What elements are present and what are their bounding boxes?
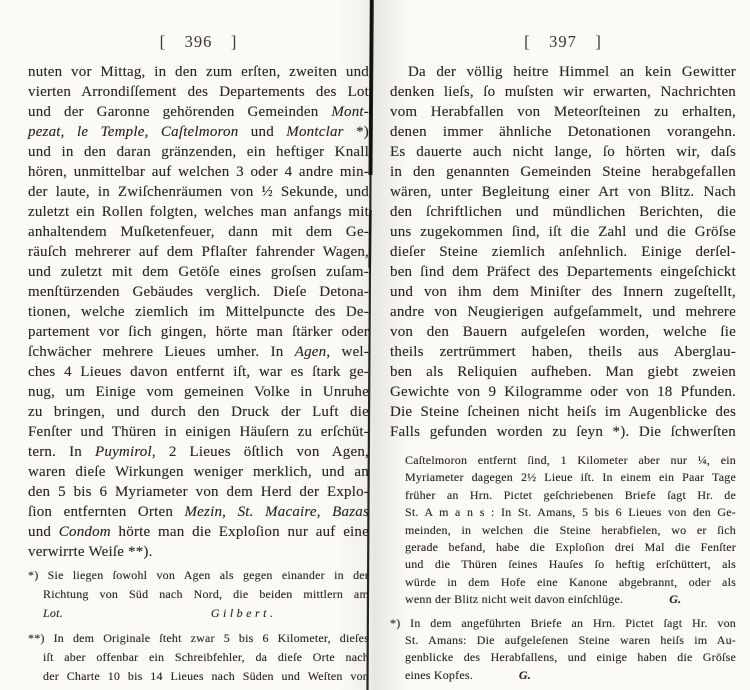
text-line: *) In dem angeführten Briefe an Hrn. Pic… xyxy=(390,615,736,632)
text-line: partement vor ſich gingen, hörte man ſtä… xyxy=(28,322,369,342)
text-line: eines Kopfes.G. xyxy=(390,667,736,684)
text-line: zu bringen, und durch den Druck der Luft… xyxy=(28,402,369,422)
text-line: *) Sie liegen ſowohl von Agen als gegen … xyxy=(28,566,369,585)
text-line: den 5 bis 6 Myriameter von dem Herd der … xyxy=(28,482,369,502)
text-line: Richtung von Süd nach Nord, die beiden m… xyxy=(28,585,369,604)
text-line: der laute, in Zwiſchenräumen von ½ Sekun… xyxy=(28,182,369,202)
text-line: Lot.Gilbert. xyxy=(28,604,369,623)
text-line: anhaltendem Muſketenfeuer, dann mit dem … xyxy=(28,222,369,242)
text-line: und zuletzt mit dem Getöſe eines groſsen… xyxy=(28,262,369,282)
text-line: zuletzt ein Rollen folgten, welches man … xyxy=(28,202,369,222)
text-line: vierten Arrondiſſement des Departements … xyxy=(28,82,369,102)
text-line: verwirrte Weiſe **). xyxy=(28,542,369,562)
text-line: gerade befand, habe die Exploſion drei M… xyxy=(390,539,736,556)
text-line: den ſchriftlichen und mündlichen Bericht… xyxy=(390,202,736,222)
page-number-header: [ 397 ] xyxy=(390,32,736,52)
text-line: Falls gefunden worden zu ſeyn *). Die ſc… xyxy=(390,422,736,442)
text-line: Myriameter dagegen 2½ Lieue iſt. In eine… xyxy=(390,469,736,486)
text-line: Fenſter und Thüren in einigen Häuſern zu… xyxy=(28,422,369,442)
text-line: St. A m a n s : In St. Amans, 5 bis 6 Li… xyxy=(390,504,736,521)
footnote-section: Caſtelmoron entfernt ſind, 1 Kilometer a… xyxy=(390,452,736,684)
text-line: ben als Reliquien aufheben. Man giebt zw… xyxy=(390,362,736,382)
text-line: dieſer Steine ziemlich anſehnlich. Einig… xyxy=(390,242,736,262)
text-line: tionen, welche ziemlich im Mittelpuncte … xyxy=(28,302,369,322)
text-line: **) In dem Originale ſteht zwar 5 bis 6 … xyxy=(28,629,369,648)
text-line: waren dieſe Wirkungen weniger merklich, … xyxy=(28,462,369,482)
text-line: Die Steine ſcheinen nicht heiſs im Augen… xyxy=(390,402,736,422)
text-line: der Charte 10 bis 14 Lieues nach Süden u… xyxy=(28,667,369,686)
text-line: von den Bauern aufgeleſen worden, welche… xyxy=(390,322,736,342)
text-line: nuten vor Mittag, in den zum erſten, zwe… xyxy=(28,62,369,82)
text-line: nug, um Einige vom gemeinen Volke in Unr… xyxy=(28,382,369,402)
text-line: ſchwächer mehrere Lieues umher. In Agen,… xyxy=(28,342,369,362)
text-line: und die Thüren ſeines Hauſes ſo heftig e… xyxy=(390,556,736,573)
text-line: iſt aber offenbar ein Schreibfehler, da … xyxy=(28,648,369,667)
text-line: denen immer ähnliche Detonationen vorang… xyxy=(390,122,736,142)
text-line: genblicke des Herabfallens, und einige h… xyxy=(390,649,736,666)
text-line: und in den daran gränzenden, ein heftige… xyxy=(28,142,369,162)
text-line: wenn der Blitz nicht weit davon einſchlü… xyxy=(390,591,736,608)
text-line: und der Garonne gehörenden Gemeinden Mon… xyxy=(28,102,369,122)
text-line: vom Herabfallen von Meteorſteinen zu erh… xyxy=(390,102,736,122)
text-line: uns zugekommen ſind, iſt die Zahl und di… xyxy=(390,222,736,242)
text-line: hören, unmittelbar auf welchen 3 oder 4 … xyxy=(28,162,369,182)
text-line: theils zertrümmert haben, theils aus Abe… xyxy=(390,342,736,362)
text-line: und von ihm dem Miniſter des Innern zuge… xyxy=(390,282,736,302)
text-line: menſtürzenden Gebäudes verglich. Dieſe D… xyxy=(28,282,369,302)
text-line: meinden, in welchen die Steine herabfiel… xyxy=(390,522,736,539)
text-line: würde in dem Hofe eine Kanone abgebrannt… xyxy=(390,574,736,591)
scanned-book-spread: { "colors": { "paper": "#fbfaf6", "ink":… xyxy=(0,0,750,690)
text-line: früher an Hrn. Pictet geſchriebenen Brie… xyxy=(390,487,736,504)
page-396: [ 396 ] nuten vor Mittag, in den zum erſ… xyxy=(28,0,369,690)
text-line: und Condom hörte man die Exploſion nur a… xyxy=(28,522,369,542)
text-line: Es dauerte auch nicht lange, ſo hörten w… xyxy=(390,142,736,162)
text-line: Gewichte von 9 Kilogramme oder von 18 Pf… xyxy=(390,382,736,402)
body-text: Da der völlig heitre Himmel an kein Gewi… xyxy=(390,62,736,442)
text-line: St. Amans: Die aufgeleſenen Steine waren… xyxy=(390,632,736,649)
text-line: Da der völlig heitre Himmel an kein Gewi… xyxy=(390,62,736,82)
text-line: andre von Neugierigen aufgeſammelt, und … xyxy=(390,302,736,322)
text-line: denken lieſs, ſo muſsten wir erwarten, N… xyxy=(390,82,736,102)
footnote-section: *) Sie liegen ſowohl von Agen als gegen … xyxy=(28,566,369,686)
text-line: ches 4 Lieues davon entfernt iſt, war es… xyxy=(28,362,369,382)
text-line: in den genannten Gemeinden Steine herabg… xyxy=(390,162,736,182)
text-line: ben ſind dem Präfect des Departements ei… xyxy=(390,262,736,282)
text-line: wären, unter Begleitung einer Art von Bl… xyxy=(390,182,736,202)
text-line: pezat, le Temple, Caſtelmoron und Montcl… xyxy=(28,122,369,142)
text-line: räuſch mehrerer auf dem Pflaſter fahrend… xyxy=(28,242,369,262)
text-line: Caſtelmoron entfernt ſind, 1 Kilometer a… xyxy=(390,452,736,469)
page-number-header: [ 396 ] xyxy=(28,32,369,52)
text-line: tern. In Puymirol, 2 Lieues öſtlich von … xyxy=(28,442,369,462)
body-text: nuten vor Mittag, in den zum erſten, zwe… xyxy=(28,62,369,562)
text-line: ſion entfernten Orten Mezin, St. Macaire… xyxy=(28,502,369,522)
page-397: [ 397 ] Da der völlig heitre Himmel an k… xyxy=(390,0,736,690)
